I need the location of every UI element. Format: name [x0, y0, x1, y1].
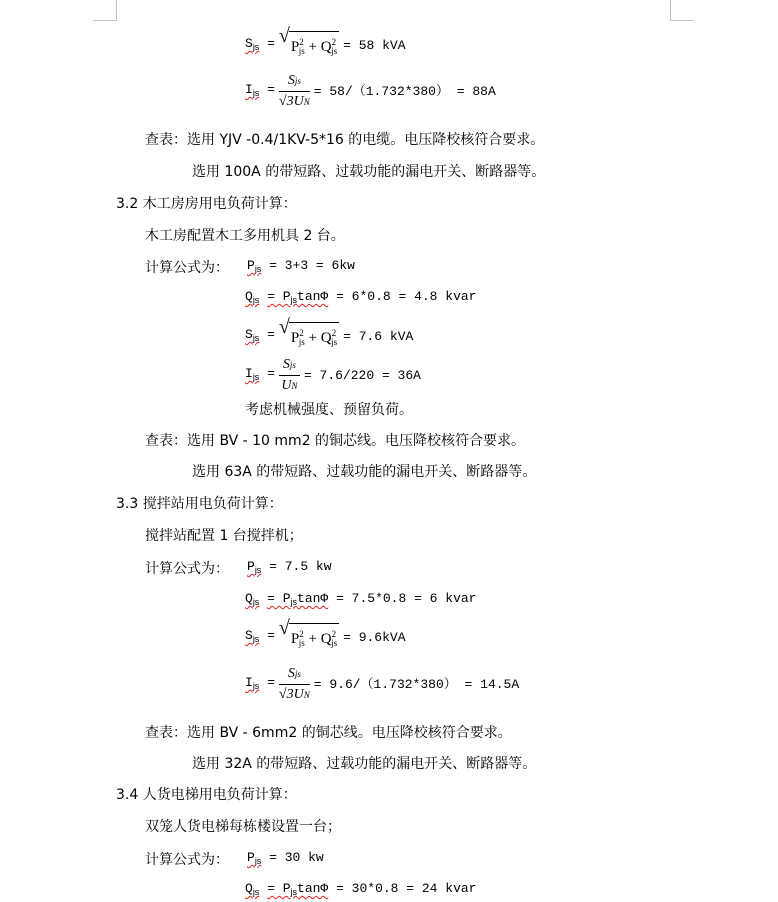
p-formula-3-3: 计算公式为： Pjs = 7.5 kw — [145, 558, 332, 579]
s-formula-3-3: Sjs = √P2js + Q2js = 9.6kVA — [245, 623, 406, 652]
sqrt-expression: √P2js + Q2js — [279, 322, 339, 351]
config-3-4: 双笼人货电梯每栋楼设置一台； — [145, 818, 341, 836]
q-formula-3-2: Qjs = PjstanΦ = 6*0.8 = 4.8 kvar — [245, 288, 477, 309]
i-formula-block1: Ijs = Sjs√3UN = 58/（1.732*380） = 88A — [245, 72, 496, 111]
config-3-2: 木工房配置木工多用机具 2 台。 — [145, 227, 345, 245]
p-formula-3-4: 计算公式为： Pjs = 30 kw — [145, 849, 324, 870]
lookup-line-3-2: 查表：选用 BV - 10 mm2 的铜芯线。电压降校核符合要求。 — [145, 432, 525, 450]
section-heading-3-2: 3.2 木工房房用电负荷计算： — [116, 195, 297, 213]
select-line-3-2: 选用 63A 的带短路、过载功能的漏电开关、断路器等。 — [192, 463, 536, 481]
page-corner-mark-left-h — [93, 20, 117, 21]
lookup-line-block1: 查表：选用 YJV -0.4/1KV-5*16 的电缆。电压降校核符合要求。 — [145, 131, 544, 149]
q-formula-3-3: Qjs = PjstanΦ = 7.5*0.8 = 6 kvar — [245, 590, 477, 611]
page-corner-mark-left-v — [116, 0, 117, 20]
select-line-block1: 选用 100A 的带短路、过载功能的漏电开关、断路器等。 — [192, 163, 545, 181]
fraction: Sjs√3UN — [279, 72, 310, 111]
lookup-line-3-3: 查表：选用 BV - 6mm2 的铜芯线。电压降校核符合要求。 — [145, 724, 512, 742]
sqrt-expression: √P2js + Q2js — [279, 31, 339, 60]
note-3-2: 考虑机械强度、预留负荷。 — [245, 401, 413, 419]
config-3-3: 搅拌站配置 1 台搅拌机； — [145, 527, 303, 545]
q-formula-3-4: Qjs = PjstanΦ = 30*0.8 = 24 kvar — [245, 880, 477, 901]
section-heading-3-4: 3.4 人货电梯用电负荷计算： — [116, 786, 297, 804]
section-heading-3-3: 3.3 搅拌站用电负荷计算： — [116, 495, 283, 513]
fraction: SjsUN — [279, 356, 300, 395]
select-line-3-3: 选用 32A 的带短路、过载功能的漏电开关、断路器等。 — [192, 755, 536, 773]
page-corner-mark-right-h — [670, 20, 694, 21]
sqrt-expression: √P2js + Q2js — [279, 623, 339, 652]
s-symbol: Sjs — [245, 36, 259, 51]
s-formula-block1: Sjs = √P2js + Q2js = 58 kVA — [245, 31, 406, 60]
p-formula-3-2: 计算公式为： Pjs = 3+3 = 6kw — [145, 257, 355, 278]
s-formula-3-2: Sjs = √P2js + Q2js = 7.6 kVA — [245, 322, 413, 351]
fraction: Sjs√3UN — [279, 665, 310, 704]
i-formula-3-3: Ijs = Sjs√3UN = 9.6/（1.732*380） = 14.5A — [245, 665, 519, 704]
i-formula-3-2: Ijs = SjsUN = 7.6/220 = 36A — [245, 356, 421, 395]
page-corner-mark-right-v — [670, 0, 671, 20]
